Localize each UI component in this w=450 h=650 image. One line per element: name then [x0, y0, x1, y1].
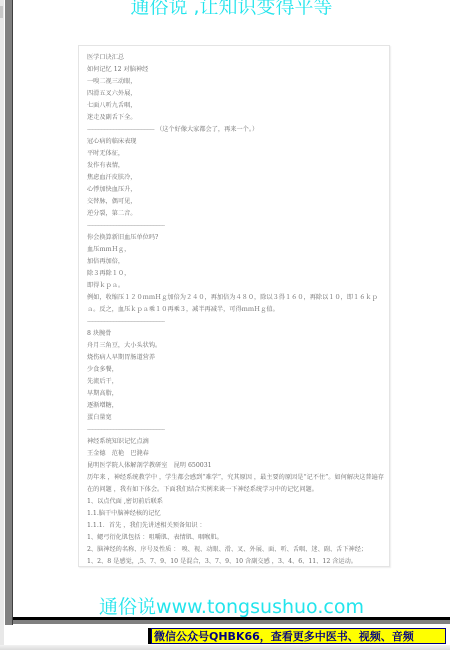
text-line: 逆分裂，第二音。 [87, 208, 387, 220]
divider-line: ----------------------------------------… [87, 316, 387, 328]
text-line: 即得ｋｐａ。 [87, 280, 387, 292]
document-viewer-window: 通俗说 ,让知识变得平等 医学口诀汇总 如何记忆 12 对脑神经 一嗅二视三动眼… [0, 0, 450, 650]
text-paragraph: 例如，收缩压１２０ｍｍＨｇ加倍为２４０，再加倍为４８０，除以３得１６０，再除以１… [87, 292, 387, 316]
subheading: 1、以点代面 ,密切前后联系 [87, 496, 387, 508]
section-heading: 如何记忆 12 对脑神经 [87, 64, 387, 76]
side-panel-frame [5, 0, 13, 625]
text-paragraph: 历年来 ，神经系统教学中 ，学生都会感到“难学”，究其原因 ，最主要的原因是“记… [87, 472, 387, 496]
subheading: 1.1.脑干中脑神经核的记忆 [87, 508, 387, 520]
divider-line: ----------------------------------------… [87, 124, 387, 136]
article-title: 神经系统知识记忆点滴 [87, 436, 387, 448]
scrollbar-thumb[interactable] [0, 6, 3, 18]
text-line: 四滑五叉六外展， [87, 88, 387, 100]
divider-note: （这个好像大家都会了，再来一个。） [156, 126, 258, 133]
section-heading: 8 块腕骨 [87, 328, 387, 340]
text-line: 1、鳃弓衍化肌包括 ：咀嚼肌、表情肌、咽喉肌。 [87, 532, 387, 544]
wechat-banner: 微信公众号QHBK66，查看更多中医书、视频、音频 [151, 628, 446, 644]
text-line: 先流后干， [87, 376, 387, 388]
dash-divider: ----------------------------------------… [87, 426, 165, 433]
text-line: 七面八听九舌咽， [87, 100, 387, 112]
article-affiliation: 昆明医学院人体解剖学教研室 昆明 650031 [87, 460, 387, 472]
dash-divider: ----------------------------------------… [87, 318, 165, 325]
dash-divider: ----------------------------------------… [87, 222, 165, 229]
top-watermark: 通俗说 ,让知识变得平等 [13, 0, 450, 19]
text-line: 逐渐增糖， [87, 400, 387, 412]
text-line: 2、脑神经的名称、序号及性质 ： 嗅、视、动眼、滑、叉、外展、面、听、舌咽、迷、… [87, 544, 387, 556]
text-line: 发作有表情， [87, 160, 387, 172]
text-line: 一嗅二视三动眼， [87, 76, 387, 88]
section-heading: 你会换算新旧血压单位吗? [87, 232, 387, 244]
text-line: 早期高脂， [87, 388, 387, 400]
text-line: 少食多餐， [87, 364, 387, 376]
status-bar [0, 645, 450, 650]
text-line: 蛋白量宽 [87, 412, 387, 424]
divider-line: ----------------------------------------… [87, 220, 387, 232]
text-line: 焦虑血汗皮肤冷， [87, 172, 387, 184]
frame-border [13, 620, 450, 624]
text-line: 舟月三角豆，大小头状钩。 [87, 340, 387, 352]
subheading: 1.1.1．首先 ，我们先讲述相关预备知识 ： [87, 520, 387, 532]
article-authors: 王金德 范艳 巴滟春 [87, 448, 387, 460]
section-heading: 烧伤病人早期胃肠道营养 [87, 352, 387, 364]
text-line: 血压ｍｍＨｇ， [87, 244, 387, 256]
divider-line: ----------------------------------------… [87, 424, 387, 436]
text-line: 加倍再加倍， [87, 256, 387, 268]
document-page: 医学口诀汇总 如何记忆 12 对脑神经 一嗅二视三动眼， 四滑五叉六外展， 七面… [78, 45, 390, 567]
section-heading: 冠心病的临床表现 [87, 136, 387, 148]
doc-title: 医学口诀汇总 [87, 52, 387, 64]
text-line: 平时无体征， [87, 148, 387, 160]
text-line: 交替脉，偶可见， [87, 196, 387, 208]
bottom-watermark: 通俗说www.tongsushuo.com [13, 592, 450, 619]
text-line: 1、2、8 是感觉，,5、7、9、10 是混合，3、7、9、10 含副交感 ，3… [87, 556, 387, 568]
text-line: 心悸加快血压升， [87, 184, 387, 196]
page-content: 医学口诀汇总 如何记忆 12 对脑神经 一嗅二视三动眼， 四滑五叉六外展， 七面… [87, 52, 387, 568]
text-line: 除３再除１０， [87, 268, 387, 280]
text-line: 迷走及副舌下全。 [87, 112, 387, 124]
document-view: 通俗说 ,让知识变得平等 医学口诀汇总 如何记忆 12 对脑神经 一嗅二视三动眼… [13, 0, 450, 595]
dash-divider: ----------------------------------------… [87, 126, 154, 133]
